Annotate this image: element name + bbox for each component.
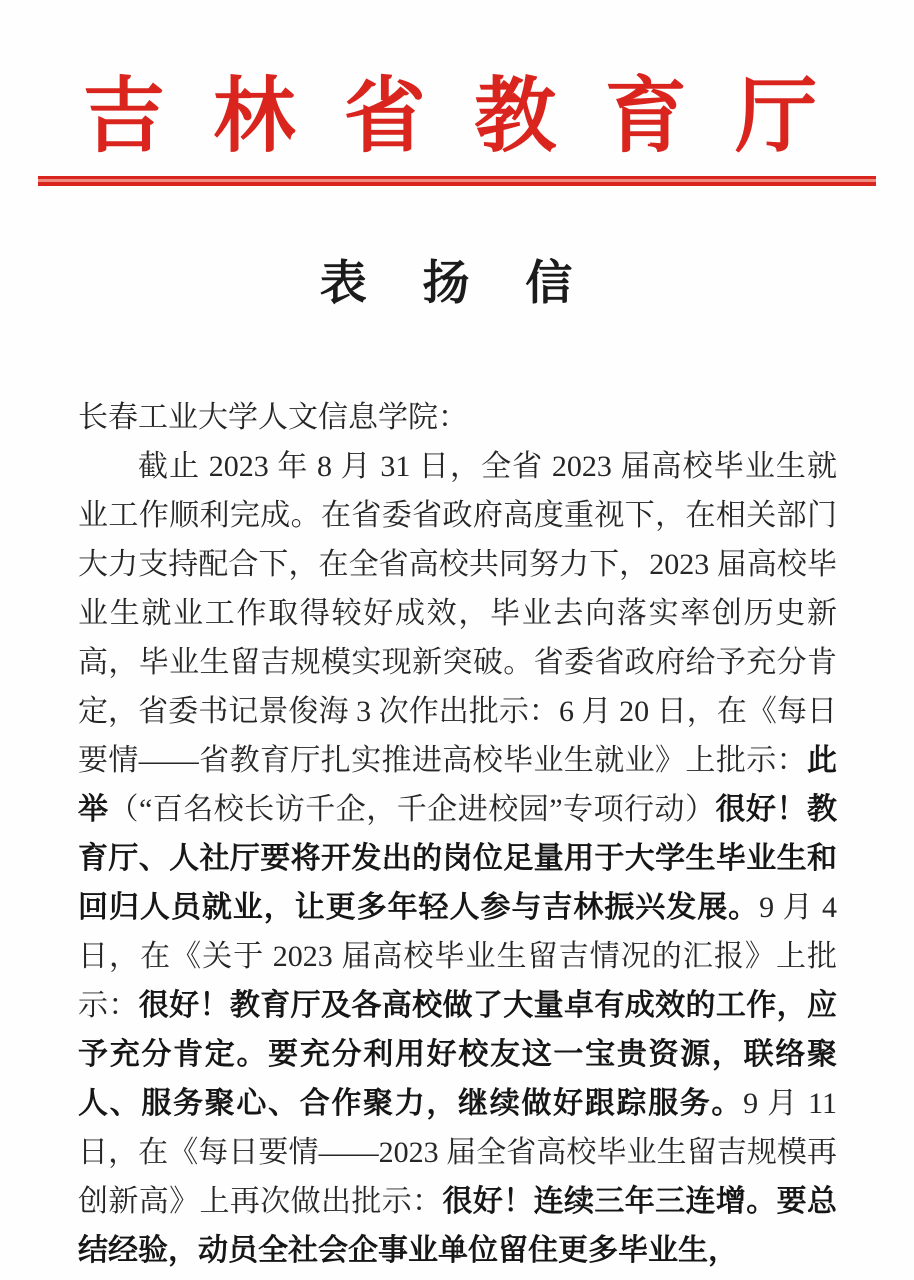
paragraph-segment: 截止 2023 年 8 月 31 日，全省 2023 届高校毕业生就业工作顺利完… [78, 450, 837, 777]
paragraph-segment-bold: 很好！教育厅及各高校做了大量卓有成效的工作，应予充分肯定。要充分利用好校友这一宝… [78, 989, 837, 1120]
page-number: 1 [0, 1239, 914, 1264]
salutation: 长春工业大学人文信息学院： [78, 393, 837, 442]
letter-page: 吉 林 省 教 育 厅 表 扬 信 长春工业大学人文信息学院： 截止 2023 … [0, 0, 914, 1280]
letter-body: 长春工业大学人文信息学院： 截止 2023 年 8 月 31 日，全省 2023… [78, 393, 837, 1275]
letterhead-title: 吉 林 省 教 育 厅 [0, 72, 914, 162]
document-title: 表 扬 信 [0, 246, 914, 313]
body-paragraph: 截止 2023 年 8 月 31 日，全省 2023 届高校毕业生就业工作顺利完… [78, 442, 837, 1275]
paragraph-segment: （“百名校长访千企，千企进校园”专项行动） [109, 793, 716, 826]
letterhead-rule [38, 176, 876, 186]
